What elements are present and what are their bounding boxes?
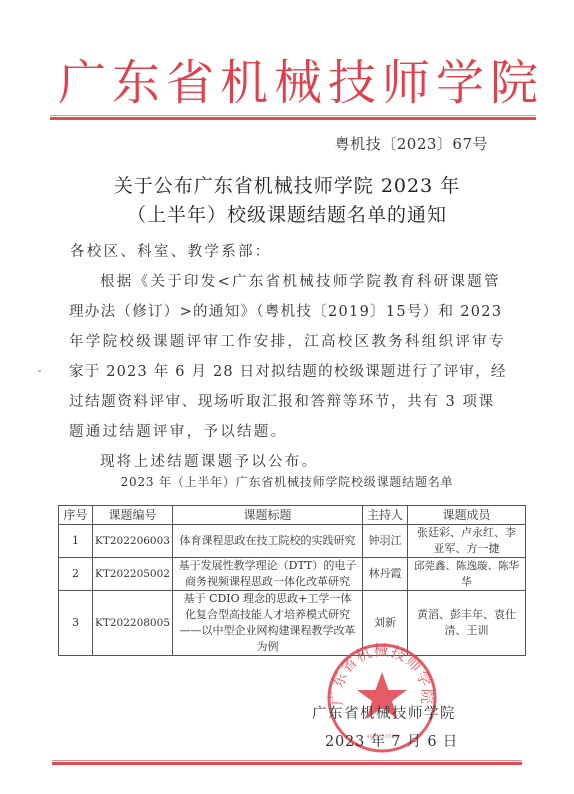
body-line-5: 过结题资料评审、现场听取汇报和答辩等环节，共有 3 项课 <box>69 390 495 411</box>
cell-title: 基于发展性教学理论（DTT）的电子商务视频课程思政一体化改革研究 <box>172 558 362 591</box>
header-title: 课题标题 <box>172 506 362 525</box>
document-title-line-1: 关于公布广东省机械技师学院 2023 年 <box>0 171 574 198</box>
cell-code: KT202206003 <box>93 525 173 558</box>
letterhead-title: 广东省机械技师学院 <box>58 52 528 114</box>
body-line-1: 根据《关于印发<广东省机械技师学院教育科研课题管 <box>100 270 501 291</box>
cell-index: 3 <box>59 591 93 656</box>
document-number: 粤机技〔2023〕67号 <box>335 133 488 154</box>
cell-members: 张廷彩、卢永红、李亚军、方一捷 <box>407 525 525 558</box>
table-header-row: 序号 课题编号 课题标题 主持人 课题成员 <box>59 506 526 525</box>
body-line-3: 年学院校级课题评审工作安排，江高校区教务科组织评审专 <box>69 330 506 351</box>
body-line-4: 家于 2023 年 6 月 28 日对拟结题的校级课题进行了评审，经 <box>69 360 507 381</box>
cell-code: KT202205002 <box>93 558 173 591</box>
body-line-7: 现将上述结题课题予以公布。 <box>100 450 318 471</box>
results-table: 序号 课题编号 课题标题 主持人 课题成员 1 KT202206003 体育课程… <box>58 505 526 656</box>
cell-index: 2 <box>59 558 93 591</box>
header-members: 课题成员 <box>407 506 525 525</box>
header-index: 序号 <box>59 506 93 525</box>
signature-issuer: 广东省机械技师学院 <box>312 702 456 723</box>
letterhead-rule-thick <box>50 117 536 120</box>
footer-rule-thick <box>52 762 522 765</box>
header-host: 主持人 <box>362 506 407 525</box>
table-row: 3 KT202208005 基于 CDIO 理念的思政+工学一体化复合型高技能人… <box>59 591 526 656</box>
cell-title: 体育课程思政在技工院校的实践研究 <box>172 525 362 558</box>
cell-host: 林丹霞 <box>362 558 407 591</box>
document-title-line-2: （上半年）校级课题结题名单的通知 <box>0 200 574 227</box>
signature-date: 2023 年 7 月 6 日 <box>325 730 458 751</box>
cell-members: 邱莞鑫、陈逸璇、陈华华 <box>407 558 525 591</box>
cell-code: KT202208005 <box>93 591 173 656</box>
body-line-2: 理办法（修订）>的通知》（粤机技〔2019〕15号）和 2023 <box>69 300 502 321</box>
footer-rule-thin <box>52 760 522 761</box>
cell-index: 1 <box>59 525 93 558</box>
table-row: 1 KT202206003 体育课程思政在技工院校的实践研究 钟羽江 张廷彩、卢… <box>59 525 526 558</box>
cell-host: 钟羽江 <box>362 525 407 558</box>
scan-speck <box>38 370 41 372</box>
table-row: 2 KT202205002 基于发展性教学理论（DTT）的电子商务视频课程思政一… <box>59 558 526 591</box>
body-line-6: 题通过结题评审，予以结题。 <box>69 420 287 441</box>
header-code: 课题编号 <box>93 506 173 525</box>
salutation: 各校区、科室、教学系部： <box>70 240 272 261</box>
letterhead-rule-thin <box>50 115 536 116</box>
table-caption: 2023 年（上半年）广东省机械技师学院校级课题结题名单 <box>0 473 574 490</box>
